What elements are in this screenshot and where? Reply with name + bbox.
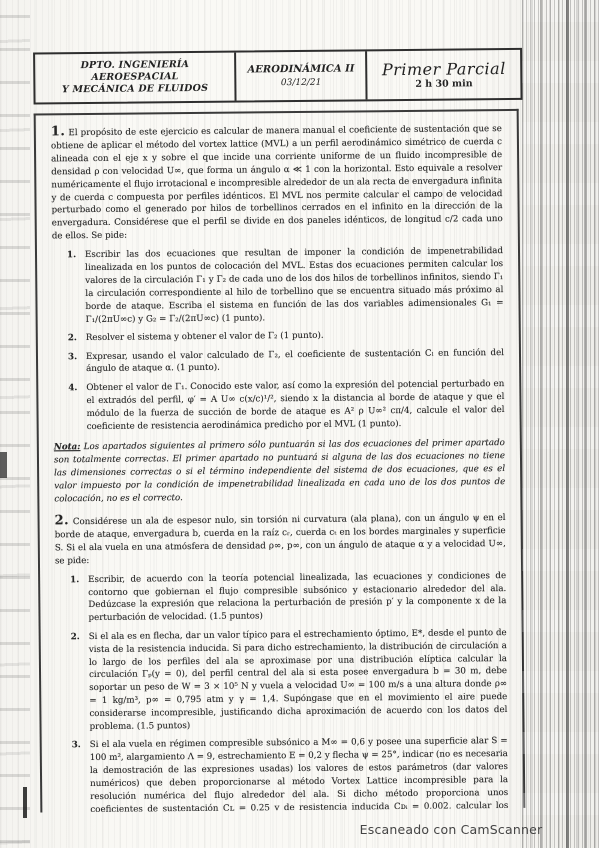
item-number: 1.: [67, 249, 81, 327]
problem-2-item-2: 2. Si el ala es en flecha, dar un valor …: [56, 627, 508, 735]
problem-1-intro-text: El propósito de este ejercicio es calcul…: [51, 124, 503, 242]
item-text: Si el ala vuela en régimen compresible s…: [85, 735, 509, 812]
item-number: 2.: [71, 631, 85, 734]
problem-1-intro: 1. El propósito de este ejercicio es cal…: [51, 122, 503, 243]
problem-2-intro: 2. Considérese un ala de espesor nulo, s…: [55, 511, 506, 568]
problem-1-item-2: 2. Resolver el sistema y obtener el valo…: [53, 328, 504, 345]
problem-2-item-1: 1. Escribir, de acuerdo con la teoría po…: [55, 570, 506, 626]
exam-title: Primer Parcial: [382, 60, 506, 78]
item-text: Si el ala es en flecha, dar un valor típ…: [84, 627, 508, 734]
exam-duration: 2 h 30 min: [415, 78, 472, 90]
item-text: Resolver el sistema y obtener el valor d…: [81, 328, 504, 345]
problem-1-items: 1. Escribir las dos ecuaciones que resul…: [52, 245, 505, 434]
item-text: Escribir, de acuerdo con la teoría poten…: [83, 570, 506, 626]
problem-1-item-3: 3. Expresar, usando el valor calculado d…: [53, 347, 504, 377]
note-text: Los apartados siguientes al primero sólo…: [54, 438, 505, 504]
item-text: Expresar, usando el valor calculado de Γ…: [81, 347, 504, 377]
department-cell: DPTO. INGENIERÍA AEROESPACIAL Y MECÁNICA…: [35, 53, 237, 103]
item-number: 2.: [68, 332, 81, 345]
department-name-line1: DPTO. INGENIERÍA AEROESPACIAL: [38, 59, 231, 85]
item-number: 3.: [72, 740, 86, 813]
scanned-exam-page: DPTO. INGENIERÍA AEROESPACIAL Y MECÁNICA…: [0, 0, 599, 848]
problem-1-item-4: 4. Obtener el valor de Γ₁. Conocido este…: [53, 378, 504, 434]
problem-2-number: 2.: [54, 513, 69, 528]
item-number: 1.: [70, 574, 83, 626]
camscanner-watermark: Escaneado con CamScanner: [335, 822, 567, 837]
item-text: Escribir las dos ecuaciones que resultan…: [80, 245, 504, 326]
item-text: Obtener el valor de Γ₁. Conocido este va…: [81, 378, 504, 434]
item-number: 4.: [68, 382, 81, 434]
department-name-line2: Y MECÁNICA DE FLUIDOS: [62, 83, 208, 96]
problem-2-intro-text: Considérese un ala de espesor nulo, sin …: [55, 513, 506, 566]
problem-1-note: Nota: Los apartados siguientes al primer…: [54, 437, 506, 506]
header-table: DPTO. INGENIERÍA AEROESPACIAL Y MECÁNICA…: [33, 48, 522, 105]
exam-cell: Primer Parcial 2 h 30 min: [367, 50, 520, 99]
problem-1-number: 1.: [51, 124, 66, 139]
exam-date: 03/12/21: [281, 77, 322, 88]
paper-content: DPTO. INGENIERÍA AEROESPACIAL Y MECÁNICA…: [0, 0, 599, 848]
course-cell: AERODINÁMICA II 03/12/21: [236, 51, 367, 100]
exam-body: 1. El propósito de este ejercicio es cal…: [34, 109, 526, 813]
problem-2-items: 1. Escribir, de acuerdo con la teoría po…: [55, 570, 509, 813]
item-number: 3.: [68, 351, 81, 377]
course-name: AERODINÁMICA II: [247, 63, 354, 76]
problem-2-item-3: 3. Si el ala vuela en régimen compresibl…: [57, 735, 509, 812]
problem-1-item-1: 1. Escribir las dos ecuaciones que resul…: [52, 245, 504, 327]
note-label: Nota:: [54, 443, 81, 453]
